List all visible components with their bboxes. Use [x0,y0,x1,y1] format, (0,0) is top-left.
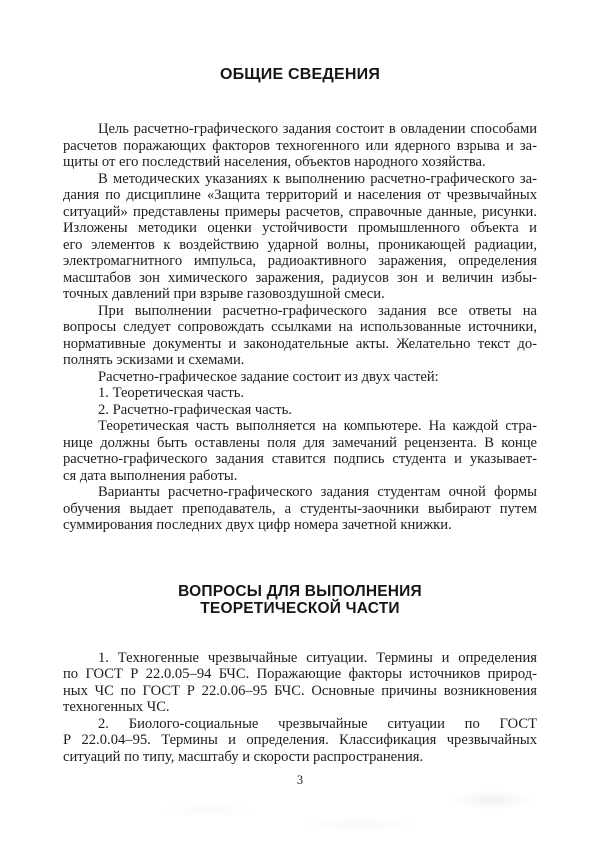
text-line: ных ЧС по ГОСТ Р 22.0.06–95 БЧС. Основны… [63,683,537,700]
text-line: масштабов зон химического заражения, рад… [63,270,537,287]
text-line: его элементов к воздействию ударной волн… [63,237,537,254]
text-line: суммирования последних двух цифр номера … [63,517,537,534]
text-line: расчетно-графического задания ставится п… [63,451,537,468]
document-page: ОБЩИЕ СВЕДЕНИЯ Цель расчетно-графическог… [0,0,600,849]
text-line: щиты от его последствий населения, объек… [63,154,537,171]
heading-line-2: ТЕОРЕТИЧЕСКОЙ ЧАСТИ [200,600,399,617]
paragraph: 1. Техногенные чрезвычайные ситуации. Те… [63,650,537,716]
paragraph: Расчетно-графическое задание состоит из … [63,369,537,386]
paragraph: 2. Биолого-социальные чрезвычайные ситуа… [63,716,537,766]
text-line: обучения выдает преподаватель, а студент… [63,501,537,518]
text-line: В методических указаниях к выполнению ра… [63,171,537,188]
paragraph: Варианты расчетно-графического задания с… [63,484,537,534]
scan-bleedthrough-artifact [0,779,600,849]
section-heading-theoretical-questions: ВОПРОСЫ ДЛЯ ВЫПОЛНЕНИЯТЕОРЕТИЧЕСКОЙ ЧАСТ… [0,583,600,618]
text-line: по ГОСТ Р 22.0.05–94 БЧС. Поражающие фак… [63,666,537,683]
text-line: 1. Техногенные чрезвычайные ситуации. Те… [63,650,537,667]
text-line: точных давлений при взрыве газовоздушной… [63,286,537,303]
text-line: вопросы следует сопровождать ссылками на… [63,319,537,336]
text-line: Изложены методики оценки устойчивости пр… [63,220,537,237]
text-line: Цель расчетно-графического задания состо… [63,121,537,138]
text-line: расчетов поражающих факторов техногенног… [63,138,537,155]
text-line: полнять эскизами и схемами. [63,352,537,369]
text-line: ситуаций» представлены примеры расчетов,… [63,204,537,221]
text-line: электромагнитного импульса, радиоактивно… [63,253,537,270]
text-line: техногенных ЧС. [63,699,537,716]
text-line: Расчетно-графическое задание состоит из … [63,369,537,386]
text-line: нице должны быть оставлены поля для заме… [63,435,537,452]
text-line: 1. Теоретическая часть. [63,385,537,402]
section-theoretical-questions-text: 1. Техногенные чрезвычайные ситуации. Те… [63,650,537,766]
text-line: дания по дисциплине «Защита территорий и… [63,187,537,204]
page-number: 3 [0,773,600,788]
paragraph: В методических указаниях к выполнению ра… [63,171,537,303]
text-line: Варианты расчетно-графического задания с… [63,484,537,501]
text-line: 2. Расчетно-графическая часть. [63,402,537,419]
text-line: 2. Биолого-социальные чрезвычайные ситуа… [63,716,537,733]
paragraph: Теоретическая часть выполняется на компь… [63,418,537,484]
text-line: Р 22.0.04–95. Термины и определения. Кла… [63,732,537,749]
paragraph: 2. Расчетно-графическая часть. [63,402,537,419]
paragraph: 1. Теоретическая часть. [63,385,537,402]
heading-line-1: ВОПРОСЫ ДЛЯ ВЫПОЛНЕНИЯ [178,583,422,600]
paragraph: Цель расчетно-графического задания состо… [63,121,537,171]
section-general-info-text: Цель расчетно-графического задания состо… [63,121,537,534]
paragraph: При выполнении расчетно-графического зад… [63,303,537,369]
text-line: нормативные документы и законодательные … [63,336,537,353]
section-heading-general-info: ОБЩИЕ СВЕДЕНИЯ [0,66,600,84]
text-line: При выполнении расчетно-графического зад… [63,303,537,320]
text-line: ся дата выполнения работы. [63,468,537,485]
text-line: ситуаций по типу, масштабу и скорости ра… [63,749,537,766]
text-line: Теоретическая часть выполняется на компь… [63,418,537,435]
